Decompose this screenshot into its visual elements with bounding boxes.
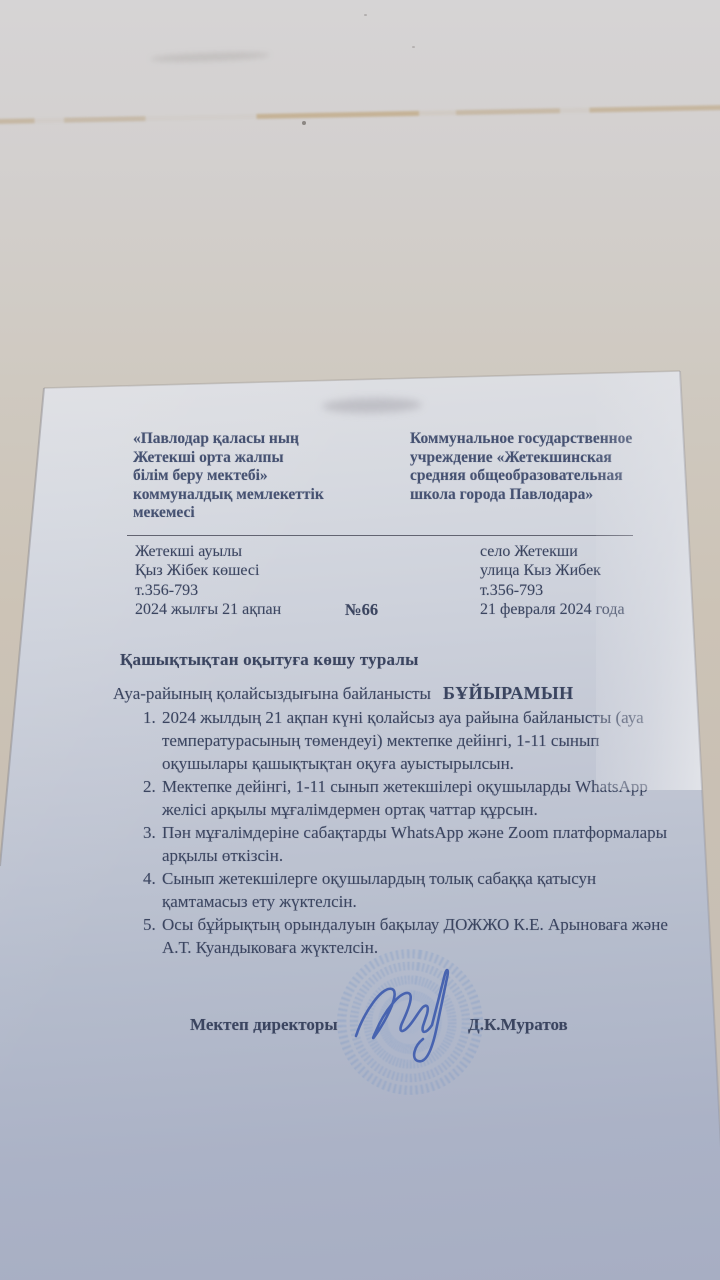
- addr-ru-line: т.356-793: [480, 581, 625, 600]
- order-item: Сынып жетекшілерге оқушылардың толық саб…: [160, 867, 672, 913]
- handwritten-signature: [348, 966, 480, 1074]
- address-block: Жетекші ауылы Қыз Жібек көшесі т.356-793…: [133, 542, 650, 622]
- addr-kk-line: 2024 жылғы 21 ақпан: [135, 600, 281, 619]
- address-kazakh: Жетекші ауылы Қыз Жібек көшесі т.356-793…: [135, 542, 281, 620]
- order-item: Мектепке дейінгі, 1-11 сынып жетекшілері…: [160, 775, 672, 821]
- org-ru-line: школа города Павлодара»: [410, 486, 650, 505]
- wall-speck: [302, 121, 306, 125]
- org-ru-line: Коммунальное государственное: [410, 430, 650, 449]
- org-kk-line: мекемесі: [133, 504, 368, 523]
- org-kk-line: коммуналдық мемлекеттік: [133, 486, 368, 505]
- order-intro: Ауа-райының қолайсыздығына байланыстыБҰЙ…: [113, 683, 650, 704]
- document-number: №66: [345, 600, 378, 619]
- order-word: БҰЙЫРАМЫН: [443, 683, 574, 703]
- order-item: Пән мұғалімдеріне сабақтарды WhatsApp жә…: [160, 821, 672, 867]
- wall-speck: [364, 14, 367, 16]
- wall-speck: [412, 46, 415, 48]
- addr-kk-line: т.356-793: [135, 581, 281, 600]
- ink-bleed-smudge: [322, 397, 422, 414]
- divider-line: [127, 535, 633, 536]
- org-kk-line: білім беру мектебі»: [133, 467, 368, 486]
- address-russian: село Жетекши улица Кыз Жибек т.356-793 2…: [480, 542, 625, 620]
- org-kk-line: Жетекші орта жалпы: [133, 449, 368, 468]
- document-content: «Павлодар қаласы ның Жетекші орта жалпы …: [133, 430, 650, 959]
- org-ru-line: средняя общеобразовательная: [410, 467, 650, 486]
- addr-ru-line: улица Кыз Жибек: [480, 561, 625, 580]
- document-paper: «Павлодар қаласы ның Жетекші орта жалпы …: [0, 0, 720, 1280]
- order-items: 2024 жылдың 21 ақпан күні қолайсыз ауа р…: [133, 706, 672, 959]
- org-name-russian: Коммунальное государственное учреждение …: [410, 430, 650, 523]
- addr-ru-line: 21 февраля 2024 года: [480, 600, 625, 619]
- org-header: «Павлодар қаласы ның Жетекші орта жалпы …: [133, 430, 650, 523]
- wall-seam-line: [0, 105, 720, 124]
- addr-kk-line: Қыз Жібек көшесі: [135, 561, 281, 580]
- org-ru-line: учреждение «Жетекшинская: [410, 449, 650, 468]
- addr-ru-line: село Жетекши: [480, 542, 625, 561]
- org-kk-line: «Павлодар қаласы ның: [133, 430, 368, 449]
- order-intro-text: Ауа-райының қолайсыздығына байланысты: [113, 684, 431, 703]
- photo-scene: «Павлодар қаласы ның Жетекші орта жалпы …: [0, 0, 720, 1280]
- signature-title: Мектеп директоры: [190, 1015, 338, 1035]
- order-title: Қашықтықтан оқытуға көшу туралы: [120, 650, 650, 670]
- org-name-kazakh: «Павлодар қаласы ның Жетекші орта жалпы …: [133, 430, 368, 523]
- addr-kk-line: Жетекші ауылы: [135, 542, 281, 561]
- order-item: 2024 жылдың 21 ақпан күні қолайсыз ауа р…: [160, 706, 672, 775]
- wall-scratch-mark: [150, 51, 270, 63]
